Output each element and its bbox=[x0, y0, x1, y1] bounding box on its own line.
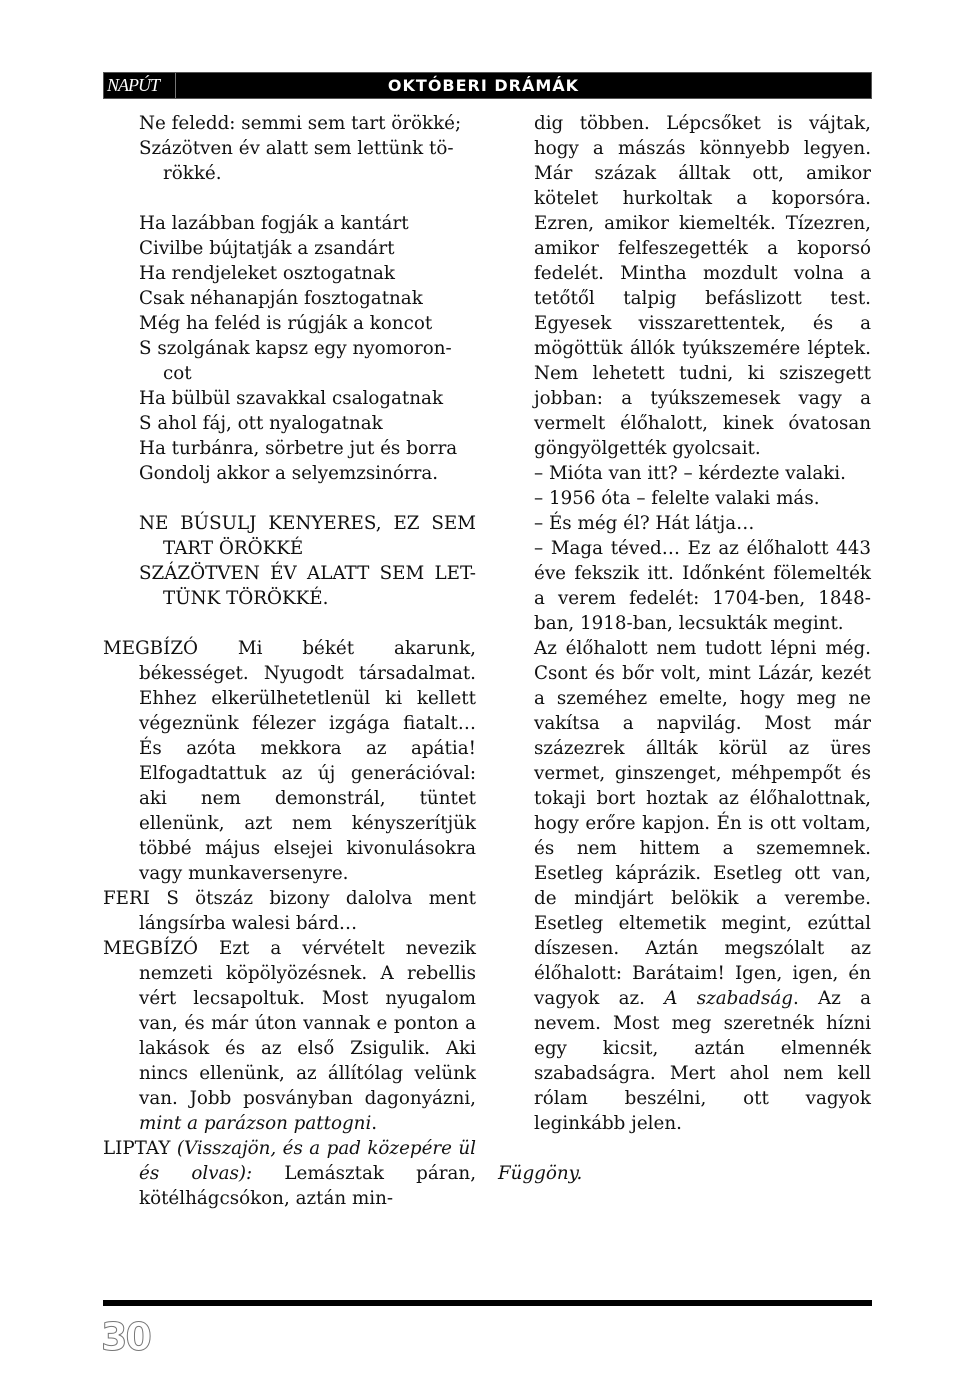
right-column: dig többen. Lépcsőket is vájtak, hogy a … bbox=[498, 111, 871, 1186]
speech-text: S ötszáz bizony dalolva ment lángsírba w… bbox=[139, 888, 476, 934]
stanza-gap bbox=[103, 186, 476, 211]
speech-liptay: LIPTAY (Visszajön, és a pad közepére ül … bbox=[103, 1136, 476, 1211]
verse-line-text: cot bbox=[163, 363, 192, 384]
paragraph-text: Az élőhalott nem tudott lépni még. Csont… bbox=[534, 638, 871, 1009]
curtain-direction: Függöny. bbox=[498, 1161, 871, 1186]
speaker-name: MEGBÍZÓ bbox=[103, 638, 198, 659]
verse-line: Ha bülbül szavakkal csalogatnak bbox=[139, 386, 476, 411]
footer-rule bbox=[103, 1300, 872, 1306]
speech-text-end: . bbox=[371, 1113, 377, 1134]
speech-italic-text: mint a parázson pattogni bbox=[139, 1113, 371, 1134]
verse-line: Gondolj akkor a selyemzsinórra. bbox=[139, 461, 476, 486]
dialog-line: – Mióta van itt? – kérdezte valaki. bbox=[534, 461, 871, 486]
verse-line: S szolgának kapsz egy nyomoron-cot bbox=[139, 336, 476, 386]
paragraph-1: dig többen. Lépcsőket is vájtak, hogy a … bbox=[498, 111, 871, 461]
verse-line: S ahol fáj, ott nyalogatnak bbox=[139, 411, 476, 436]
left-column: Ne feledd: semmi sem tart örökké; Százöt… bbox=[103, 111, 476, 1211]
paragraph-italic-text: A szabadság bbox=[664, 988, 793, 1009]
page-number: 30 bbox=[101, 1318, 150, 1356]
magazine-logo: NAPÚT bbox=[104, 73, 176, 98]
speaker-name: LIPTAY bbox=[103, 1138, 170, 1159]
refrain: NE BÚSULJ KENYERES, EZ SEM TART ÖRÖKKÉ S… bbox=[103, 511, 476, 611]
verse-line: Még ha feléd is rúgják a koncot bbox=[139, 311, 476, 336]
verse-line-text: Százötven év alatt sem lettünk tö- bbox=[139, 138, 454, 159]
dialog-block: – Mióta van itt? – kérdezte valaki. – 19… bbox=[498, 461, 871, 636]
verse-line: Civilbe bújtatják a zsandárt bbox=[139, 236, 476, 261]
refrain-line: NE BÚSULJ KENYERES, EZ SEM TART ÖRÖKKÉ bbox=[139, 511, 476, 561]
speech-megbizo-1: MEGBÍZÓ Mi békét akarunk, békességet. Ny… bbox=[103, 636, 476, 886]
paragraph-text-end: . Az a nevem. Most meg szeretnék hízni e… bbox=[534, 988, 871, 1134]
dialog-line: – És még él? Hát látja… bbox=[534, 511, 871, 536]
refrain-line: SZÁZÖTVEN ÉV ALATT SEM LET-TÜNK TÖRÖKKÉ. bbox=[139, 561, 476, 611]
verse-line: Ha turbánra, sörbetre jut és borra bbox=[139, 436, 476, 461]
verse-line: Ne feledd: semmi sem tart örökké; bbox=[139, 111, 476, 136]
speech-feri: FERI S ötszáz bizony dalolva ment lángsí… bbox=[103, 886, 476, 936]
verse-stanza-1: Ne feledd: semmi sem tart örökké; Százöt… bbox=[103, 111, 476, 186]
verse-stanza-2: Ha lazábban fogják a kantárt Civilbe búj… bbox=[103, 211, 476, 486]
section-title: OKTÓBERI DRÁMÁK bbox=[176, 73, 871, 98]
dialog-line: – Maga téved… Ez az élőhalott 443 éve fe… bbox=[534, 536, 871, 636]
speaker-name: FERI bbox=[103, 888, 150, 909]
running-header: NAPÚT OKTÓBERI DRÁMÁK bbox=[103, 72, 872, 99]
dialog-line: – 1956 óta – felelte valaki más. bbox=[534, 486, 871, 511]
verse-line: Csak néhanapján fosztogatnak bbox=[139, 286, 476, 311]
verse-line-text: rökké. bbox=[163, 163, 222, 184]
stanza-gap bbox=[103, 486, 476, 511]
verse-line-text: S szolgának kapsz egy nyomoron- bbox=[139, 338, 452, 359]
verse-line: Ha rendjeleket osztogatnak bbox=[139, 261, 476, 286]
speech-text: Mi békét akarunk, békességet. Nyugodt tá… bbox=[139, 638, 476, 884]
verse-line: Százötven év alatt sem lettünk tö-rökké. bbox=[139, 136, 476, 186]
verse-line: Ha lazábban fogják a kantárt bbox=[139, 211, 476, 236]
speech-megbizo-2: MEGBÍZÓ Ezt a vérvételt nevezik nemzeti … bbox=[103, 936, 476, 1136]
paragraph-2: Az élőhalott nem tudott lépni még. Csont… bbox=[498, 636, 871, 1136]
stanza-gap bbox=[103, 611, 476, 636]
speech-text: Ezt a vérvételt nevezik nemzeti köpölyöz… bbox=[139, 938, 476, 1109]
speaker-name: MEGBÍZÓ bbox=[103, 938, 198, 959]
